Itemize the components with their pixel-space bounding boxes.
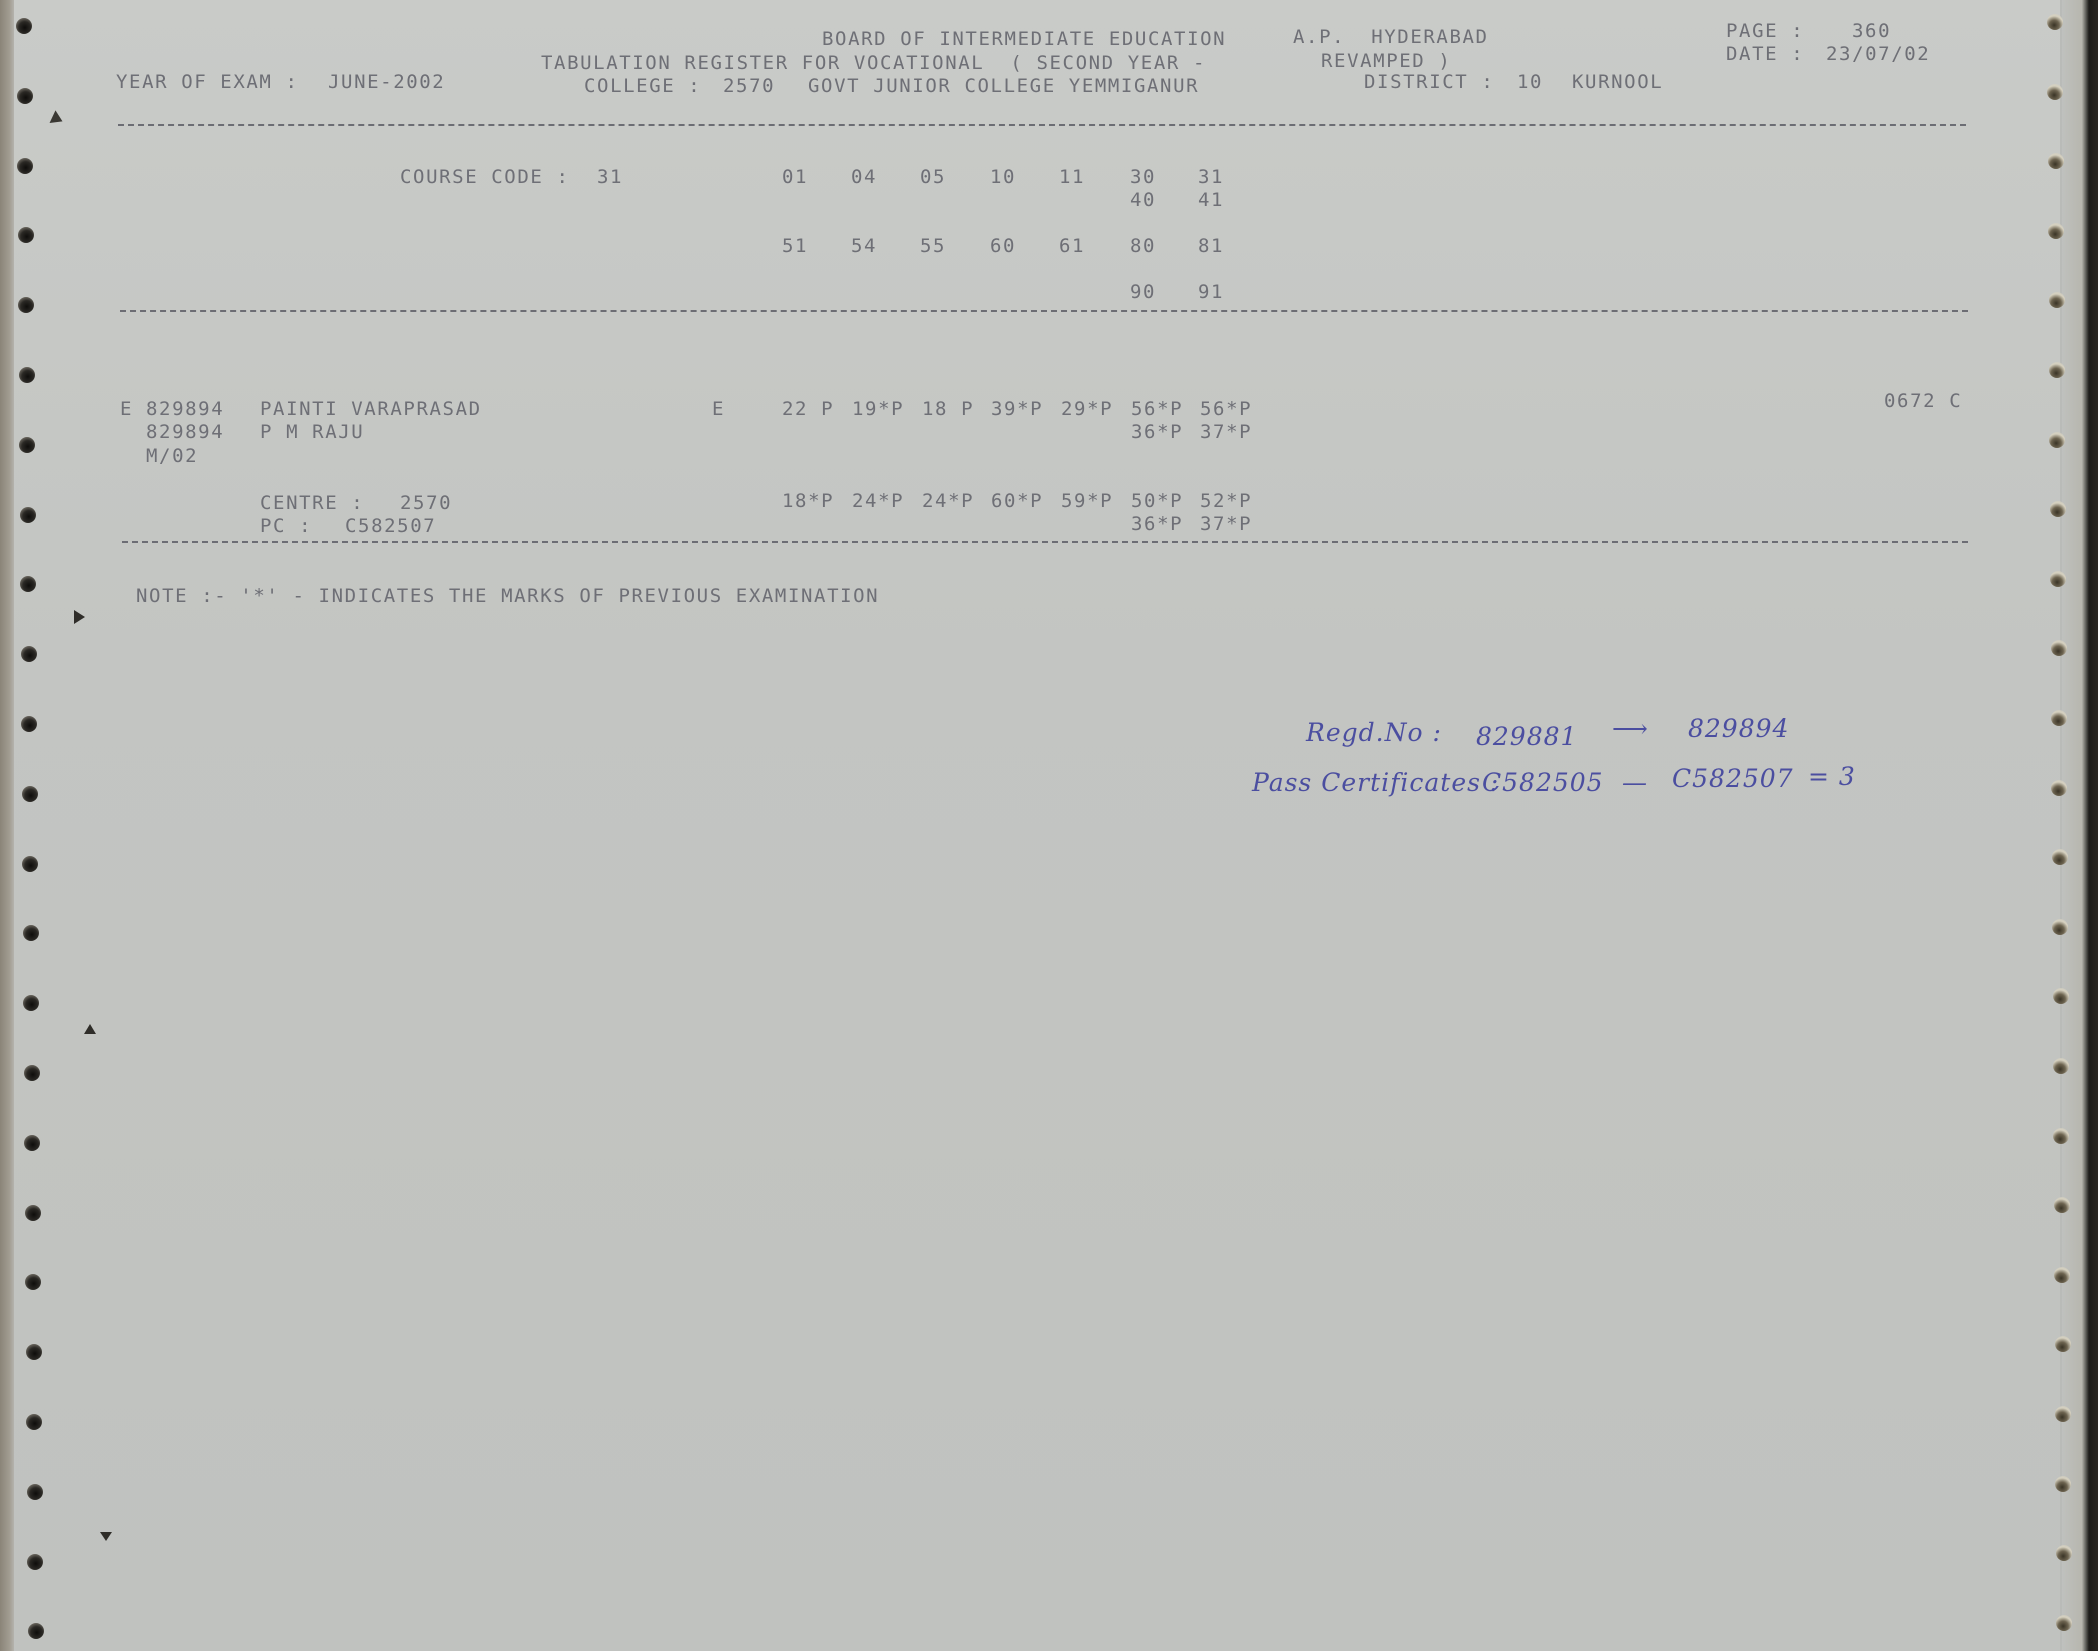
perforation-hole-right <box>2056 1545 2072 1561</box>
perforation-hole-right <box>2051 780 2067 796</box>
dash-icon: — <box>1622 768 1648 797</box>
perforation-hole-left <box>16 18 32 34</box>
gender-month: M/02 <box>146 445 198 467</box>
register-title: TABULATION REGISTER FOR VOCATIONAL ( SEC… <box>541 52 1206 74</box>
board-location: A.P. HYDERABAD <box>1293 26 1489 48</box>
subject-mark: 52*P <box>1200 490 1252 512</box>
perforation-hole-right <box>2049 362 2065 378</box>
perforation-hole-left <box>22 786 38 802</box>
subject-mark: 50*P <box>1131 490 1183 512</box>
divider-line <box>122 541 1968 543</box>
pc-to: C582507 <box>1672 764 1794 793</box>
subject-code: 31 <box>1198 166 1224 188</box>
district-code: 10 <box>1517 71 1543 93</box>
tear-mark <box>84 1024 96 1034</box>
print-date: 23/07/02 <box>1826 43 1930 65</box>
pass-certificates-label: Pass Certificates : <box>1252 768 1499 797</box>
page-number: 360 <box>1852 20 1891 42</box>
perforation-hole-right <box>2048 223 2064 239</box>
subject-code: 55 <box>920 235 946 257</box>
regd-no-from: 829881 <box>1476 722 1577 751</box>
tractor-feed-edge-right <box>2062 0 2098 1651</box>
page-label: PAGE : <box>1726 20 1804 42</box>
perforation-hole-right <box>2049 292 2065 308</box>
arrow-icon: ⟶ <box>1612 714 1649 743</box>
district-label: DISTRICT : <box>1364 71 1494 93</box>
subject-code: 81 <box>1198 235 1224 257</box>
year-of-exam-label: YEAR OF EXAM : <box>116 71 299 93</box>
pc-label: PC : <box>260 515 312 537</box>
subject-mark: 37*P <box>1200 513 1252 535</box>
perforation-hole-right <box>2047 14 2063 30</box>
candidate-prefix: E <box>120 398 133 420</box>
footnote: NOTE :- '*' - INDICATES THE MARKS OF PRE… <box>136 585 879 607</box>
subject-mark: 39*P <box>991 398 1043 420</box>
subject-mark: 18 P <box>922 398 974 420</box>
perforation-hole-left <box>17 88 33 104</box>
perforation-hole-left <box>26 1344 42 1360</box>
perforation-hole-left <box>27 1484 43 1500</box>
subject-mark: 29*P <box>1061 398 1113 420</box>
board-title: BOARD OF INTERMEDIATE EDUCATION <box>822 28 1226 50</box>
perforation-hole-left <box>19 437 35 453</box>
subject-code: 60 <box>990 235 1016 257</box>
centre-label: CENTRE : <box>260 492 364 514</box>
registration-number: 829894 <box>146 421 224 443</box>
subject-code: 05 <box>920 166 946 188</box>
subject-code: 80 <box>1130 235 1156 257</box>
subject-code: 91 <box>1198 281 1224 303</box>
perforation-hole-right <box>2050 501 2066 517</box>
year-of-exam: JUNE-2002 <box>328 71 445 93</box>
subject-code: 11 <box>1059 166 1085 188</box>
course-code-label: COURSE CODE : <box>400 166 570 188</box>
hall-ticket-number: 829894 <box>146 398 224 420</box>
subject-code: 10 <box>990 166 1016 188</box>
perforation-hole-left <box>23 925 39 941</box>
perforation-hole-right <box>2051 640 2067 656</box>
college-code: 2570 <box>723 75 775 97</box>
pc-count: = 3 <box>1808 762 1856 791</box>
tear-mark <box>100 1532 112 1541</box>
medium: E <box>712 398 725 420</box>
perforation-hole-left <box>28 1623 44 1639</box>
father-name: P M RAJU <box>260 421 364 443</box>
subject-mark: 56*P <box>1131 398 1183 420</box>
perforation-hole-right <box>2053 1128 2069 1144</box>
perforation-hole-right <box>2055 1336 2071 1352</box>
college-name: GOVT JUNIOR COLLEGE YEMMIGANUR <box>808 75 1199 97</box>
perforation-hole-right <box>2049 432 2065 448</box>
perforation-hole-left <box>20 507 36 523</box>
perforation-hole-left <box>24 1135 40 1151</box>
subject-code: 04 <box>851 166 877 188</box>
divider-line <box>118 124 1966 126</box>
perforation-hole-left <box>22 856 38 872</box>
perforation-hole-right <box>2050 571 2066 587</box>
subject-mark: 36*P <box>1131 421 1183 443</box>
printout-page <box>14 0 2060 1651</box>
perforation-hole-left <box>18 227 34 243</box>
perforation-hole-right <box>2054 1267 2070 1283</box>
perforation-hole-left <box>21 646 37 662</box>
district-name: KURNOOL <box>1572 71 1663 93</box>
perforation-hole-right <box>2055 1476 2071 1492</box>
perforation-hole-left <box>17 158 33 174</box>
perforation-hole-left <box>24 1065 40 1081</box>
subject-code: 90 <box>1130 281 1156 303</box>
perforation-hole-right <box>2051 710 2067 726</box>
perforation-hole-right <box>2054 1197 2070 1213</box>
subject-code: 01 <box>782 166 808 188</box>
subject-code: 30 <box>1130 166 1156 188</box>
subject-mark: 37*P <box>1200 421 1252 443</box>
subject-mark: 18*P <box>782 490 834 512</box>
subject-mark: 24*P <box>852 490 904 512</box>
course-code: 31 <box>597 166 623 188</box>
college-label: COLLEGE : <box>584 75 701 97</box>
perforation-hole-right <box>2047 84 2063 100</box>
subject-mark: 19*P <box>852 398 904 420</box>
perforation-hole-left <box>26 1414 42 1430</box>
perforation-hole-left <box>25 1205 41 1221</box>
tear-mark <box>74 610 85 624</box>
perforation-hole-left <box>27 1554 43 1570</box>
subject-code: 54 <box>851 235 877 257</box>
pass-certificate-number: C582507 <box>345 515 436 537</box>
subject-mark: 60*P <box>991 490 1043 512</box>
subject-code: 40 <box>1130 189 1156 211</box>
pc-from: C582505 <box>1482 768 1604 797</box>
centre-code: 2570 <box>400 492 452 514</box>
perforation-hole-right <box>2055 1406 2071 1422</box>
perforation-hole-right <box>2053 988 2069 1004</box>
subject-mark: 56*P <box>1200 398 1252 420</box>
perforation-hole-right <box>2053 1058 2069 1074</box>
register-suffix: REVAMPED ) <box>1321 50 1451 72</box>
subject-mark: 22 P <box>782 398 834 420</box>
subject-code: 51 <box>782 235 808 257</box>
subject-mark: 24*P <box>922 490 974 512</box>
perforation-hole-left <box>19 367 35 383</box>
regd-no-to: 829894 <box>1688 714 1789 743</box>
candidate-name: PAINTI VARAPRASAD <box>260 398 482 420</box>
total-result: 0672 C <box>1884 390 1962 412</box>
subject-mark: 59*P <box>1061 490 1113 512</box>
date-label: DATE : <box>1726 43 1804 65</box>
subject-mark: 36*P <box>1131 513 1183 535</box>
divider-line <box>120 310 1968 312</box>
perforation-hole-left <box>21 716 37 732</box>
perforation-hole-right <box>2056 1615 2072 1631</box>
subject-code: 61 <box>1059 235 1085 257</box>
perforation-hole-right <box>2052 849 2068 865</box>
subject-code: 41 <box>1198 189 1224 211</box>
regd-no-label: Regd.No : <box>1306 718 1442 747</box>
perforation-hole-right <box>2048 153 2064 169</box>
perforation-hole-right <box>2052 919 2068 935</box>
